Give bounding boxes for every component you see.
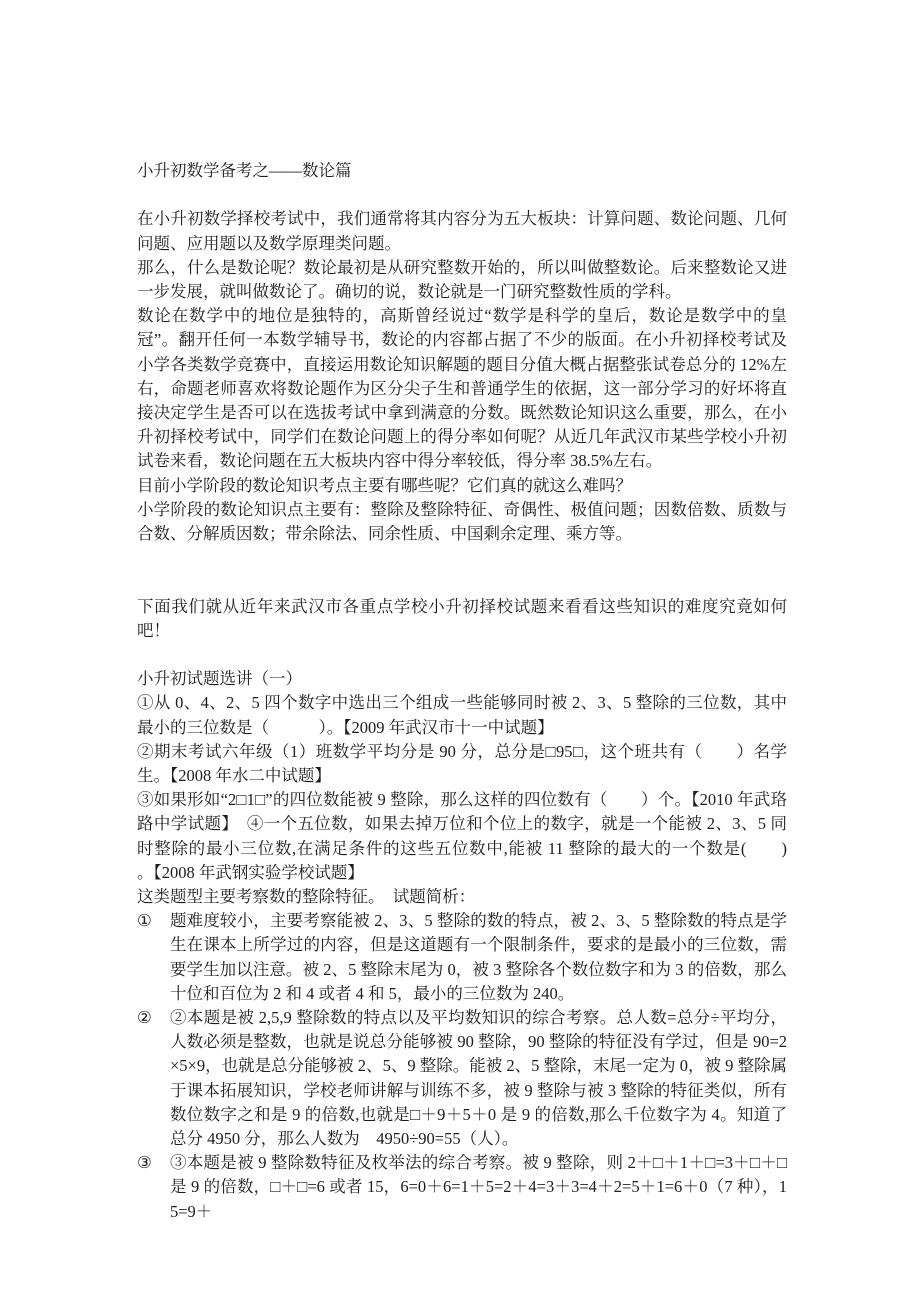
intro-paragraph-5: 小学阶段的数论知识点主要有：整除及整除特征、奇偶性、极值问题；因数倍数、质数与合…: [137, 498, 787, 546]
section-heading: 小升初试题选讲（一）: [137, 667, 787, 691]
blank-line: [137, 183, 787, 207]
circled-number-3: ③: [137, 1151, 170, 1175]
transition-paragraph: 下面我们就从近年来武汉市各重点学校小升初择校试题来看看这些知识的难度究竟如何吧！: [137, 595, 787, 643]
blank-lines: [137, 546, 787, 594]
intro-paragraph-3: 数论在数学中的地位是独特的，高斯曾经说过“数学是科学的皇后，数论是数学中的皇冠”…: [137, 304, 787, 473]
question-2: ②期末考试六年级（1）班数学平均分是 90 分，总分是□95□，这个班共有（ ）…: [137, 740, 787, 788]
analysis-list: ① 题难度较小，主要考察能被 2、3、5 整除的数的特点，被 2、3、5 整除数…: [137, 909, 787, 1224]
intro-paragraph-1: 在小升初数学择校考试中，我们通常将其内容分为五大板块：计算问题、数论问题、几何问…: [137, 207, 787, 255]
intro-paragraph-4: 目前小学阶段的数论知识考点主要有哪些呢？它们真的就这么难吗？: [137, 474, 787, 498]
question-3-4: ③如果形如“2□1□”的四位数能被 9 整除，那么这样的四位数有（ ）个。【20…: [137, 788, 787, 885]
question-1: ①从 0、4、2、5 四个数字中选出三个组成一些能够同时被 2、3、5 整除的三…: [137, 691, 787, 739]
circled-number-2: ②: [137, 1006, 170, 1030]
document-page: 小升初数学备考之——数论篇 在小升初数学择校考试中，我们通常将其内容分为五大板块…: [0, 0, 920, 1302]
circled-number-1: ①: [137, 909, 170, 933]
analysis-item-1: ① 题难度较小，主要考察能被 2、3、5 整除的数的特点，被 2、3、5 整除数…: [137, 909, 787, 1006]
document-title: 小升初数学备考之——数论篇: [137, 159, 787, 183]
analysis-item-1-text: 题难度较小，主要考察能被 2、3、5 整除的数的特点，被 2、3、5 整除数的特…: [170, 909, 787, 1006]
blank-line: [137, 643, 787, 667]
intro-paragraph-2: 那么，什么是数论呢？数论最初是从研究整数开始的，所以叫做整数论。后来整数论又进一…: [137, 256, 787, 304]
analysis-item-2: ② ②本题是被 2,5,9 整除数的特点以及平均数知识的综合考察。总人数=总分÷…: [137, 1006, 787, 1151]
analysis-item-3-text: ③本题是被 9 整除数特征及枚举法的综合考察。被 9 整除，则 2＋□＋1＋□=…: [170, 1151, 787, 1224]
analysis-item-3: ③ ③本题是被 9 整除数特征及枚举法的综合考察。被 9 整除，则 2＋□＋1＋…: [137, 1151, 787, 1224]
analysis-item-2-text: ②本题是被 2,5,9 整除数的特点以及平均数知识的综合考察。总人数=总分÷平均…: [170, 1006, 787, 1151]
analysis-note: 这类题型主要考察数的整除特征。 试题简析：: [137, 885, 787, 909]
